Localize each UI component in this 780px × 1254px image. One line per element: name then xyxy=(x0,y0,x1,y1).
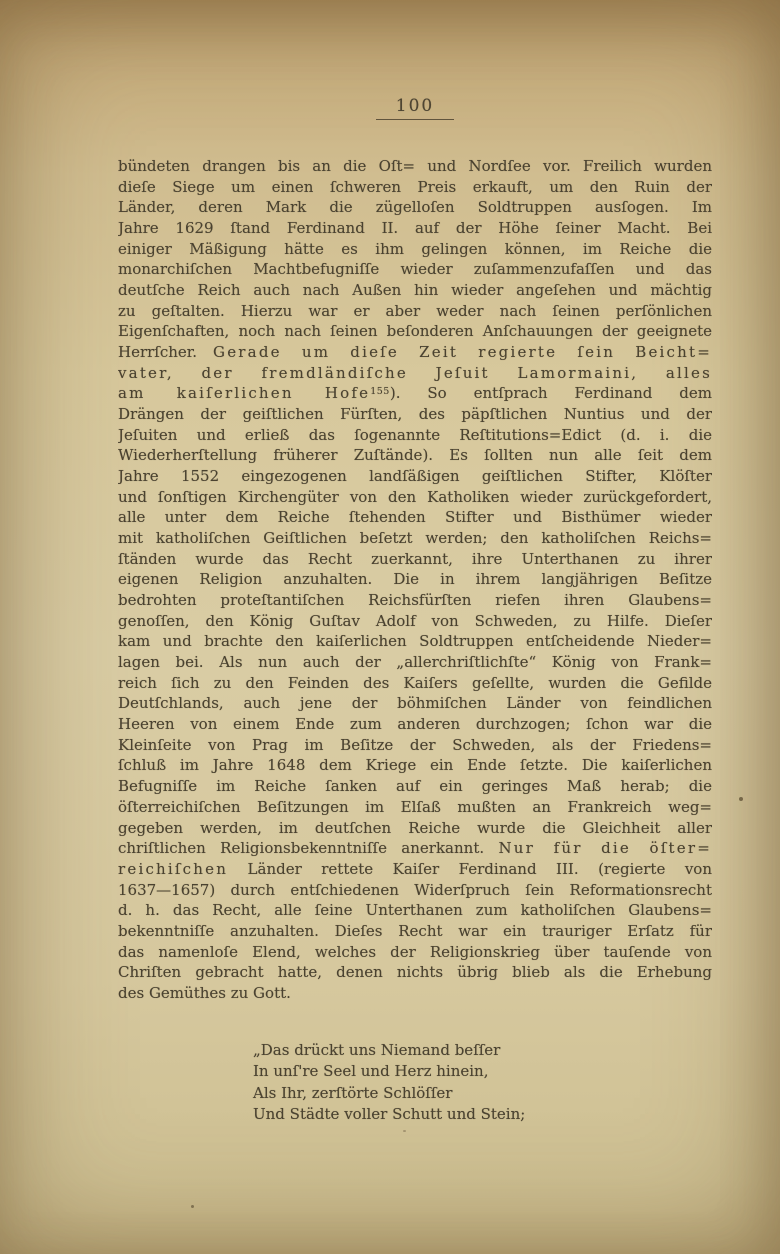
text-segment: Nur für die öſter= xyxy=(498,839,712,857)
text-line: deutſche Reich auch nach Außen hin wiede… xyxy=(118,280,712,301)
text-line: bündeten drangen bis an die Oſt= und Nor… xyxy=(118,156,712,177)
text-segment: genoſſen, den König Guſtav Adolf von Sch… xyxy=(118,612,712,630)
text-segment: bündeten drangen bis an die Oſt= und Nor… xyxy=(118,157,712,175)
text-segment: Eigenſchaften, noch nach ſeinen beſonder… xyxy=(118,322,712,340)
text-line: kam und brachte den kaiſerlichen Soldtru… xyxy=(118,631,712,652)
text-line: öſterreichiſchen Beſitzungen im Elſaß mu… xyxy=(118,797,712,818)
scan-speck xyxy=(739,797,743,801)
text-segment: Deutſchlands, auch jene der böhmiſchen L… xyxy=(118,694,712,712)
text-segment: des Gemüthes zu Gott. xyxy=(118,984,291,1002)
text-segment: Jahre 1629 ſtand Ferdinand II. auf der H… xyxy=(118,219,712,237)
text-segment: mit katholiſchen Geiſtlichen beſetzt wer… xyxy=(118,529,712,547)
page-number: 100 xyxy=(118,96,712,116)
poem-quote: „Das drückt uns Niemand beſſerIn unſ're … xyxy=(253,1040,525,1125)
text-segment: Herrſcher. xyxy=(118,343,213,361)
text-segment: Befugniſſe im Reiche ſanken auf ein geri… xyxy=(118,777,712,795)
text-segment: am kaiſerlichen Hofe xyxy=(118,384,370,402)
text-segment: deutſche Reich auch nach Außen hin wiede… xyxy=(118,281,712,299)
text-line: Länder, deren Mark die zügelloſen Soldtr… xyxy=(118,197,712,218)
text-segment: ſchluß im Jahre 1648 dem Kriege ein Ende… xyxy=(118,756,712,774)
text-segment: 1637—1657) durch entſchiedenen Widerſpru… xyxy=(118,881,712,899)
text-line: Jahre 1552 eingezogenen landſäßigen geiſ… xyxy=(118,466,712,487)
text-line: Herrſcher. Gerade um dieſe Zeit regierte… xyxy=(118,342,712,363)
poem-line: In unſ're Seel und Herz hinein, xyxy=(253,1061,525,1082)
text-line: einiger Mäßigung hätte es ihm gelingen k… xyxy=(118,239,712,260)
text-segment: Länder rettete Kaiſer Ferdinand III. (re… xyxy=(228,860,712,878)
text-line: Drängen der geiſtlichen Fürſten, des päp… xyxy=(118,404,712,425)
text-segment: Wiederherſtellung früherer Zuſtände). Es… xyxy=(118,446,712,464)
page-number-rule xyxy=(376,119,454,120)
text-line: Eigenſchaften, noch nach ſeinen beſonder… xyxy=(118,321,712,342)
text-line: Deutſchlands, auch jene der böhmiſchen L… xyxy=(118,693,712,714)
text-line: lagen bei. Als nun auch der „allerchriſt… xyxy=(118,652,712,673)
text-line: genoſſen, den König Guſtav Adolf von Sch… xyxy=(118,611,712,632)
text-line: das namenloſe Elend, welches der Religio… xyxy=(118,942,712,963)
text-segment: reichiſchen xyxy=(118,860,228,878)
text-line: vater, der fremdländiſche Jeſuit Lamorma… xyxy=(118,363,712,384)
text-segment: bedrohten proteſtantiſchen Reichsfürſten… xyxy=(118,591,712,609)
text-line: bekenntniſſe anzuhalten. Dieſes Recht wa… xyxy=(118,921,712,942)
text-segment: und ſonſtigen Kirchengüter von den Katho… xyxy=(118,488,712,506)
text-segment: bekenntniſſe anzuhalten. Dieſes Recht wa… xyxy=(118,922,712,940)
text-segment: lagen bei. Als nun auch der „allerchriſt… xyxy=(118,653,712,671)
text-segment: ). So entſprach Ferdinand dem xyxy=(390,384,712,402)
text-line: Jeſuiten und erließ das ſogenannte Reſti… xyxy=(118,425,712,446)
text-line: Heeren von einem Ende zum anderen durchz… xyxy=(118,714,712,735)
text-line: gegeben werden, im deutſchen Reiche wurd… xyxy=(118,818,712,839)
text-line: Jahre 1629 ſtand Ferdinand II. auf der H… xyxy=(118,218,712,239)
text-segment: monarchiſchen Machtbefugniſſe wieder zuſ… xyxy=(118,260,712,278)
footnote-ref: 155 xyxy=(370,386,390,397)
book-page-scan: 100 bündeten drangen bis an die Oſt= und… xyxy=(0,0,780,1254)
text-segment: Kleinſeite von Prag im Beſitze der Schwe… xyxy=(118,736,712,754)
text-segment: reich ſich zu den Feinden des Kaiſers ge… xyxy=(118,674,712,692)
text-line: zu geſtalten. Hierzu war er aber weder n… xyxy=(118,301,712,322)
text-line: monarchiſchen Machtbefugniſſe wieder zuſ… xyxy=(118,259,712,280)
text-line: 1637—1657) durch entſchiedenen Widerſpru… xyxy=(118,880,712,901)
poem-line: Als Ihr, zerſtörte Schlöſſer xyxy=(253,1083,525,1104)
text-line: chriſtlichen Religionsbekenntniſſe anerk… xyxy=(118,838,712,859)
text-segment: Drängen der geiſtlichen Fürſten, des päp… xyxy=(118,405,712,423)
text-segment: Jahre 1552 eingezogenen landſäßigen geiſ… xyxy=(118,467,712,485)
text-segment: zu geſtalten. Hierzu war er aber weder n… xyxy=(118,302,712,320)
text-segment: Gerade um dieſe Zeit regierte ſein Beich… xyxy=(213,343,712,361)
text-segment: Länder, deren Mark die zügelloſen Soldtr… xyxy=(118,198,712,216)
body-text: bündeten drangen bis an die Oſt= und Nor… xyxy=(118,156,712,1004)
text-line: und ſonſtigen Kirchengüter von den Katho… xyxy=(118,487,712,508)
text-line: ſchluß im Jahre 1648 dem Kriege ein Ende… xyxy=(118,755,712,776)
text-line: eigenen Religion anzuhalten. Die in ihre… xyxy=(118,569,712,590)
scan-speck xyxy=(191,1205,194,1208)
text-segment: Heeren von einem Ende zum anderen durchz… xyxy=(118,715,712,733)
text-segment: kam und brachte den kaiſerlichen Soldtru… xyxy=(118,632,712,650)
text-segment: vater, der fremdländiſche Jeſuit Lamorma… xyxy=(118,364,712,382)
text-line: alle unter dem Reiche ſtehenden Stifter … xyxy=(118,507,712,528)
text-segment: dieſe Siege um einen ſchweren Preis erka… xyxy=(118,178,712,196)
text-line: des Gemüthes zu Gott. xyxy=(118,983,712,1004)
text-segment: chriſtlichen Religionsbekenntniſſe anerk… xyxy=(118,839,498,857)
text-line: Wiederherſtellung früherer Zuſtände). Es… xyxy=(118,445,712,466)
text-line: ſtänden wurde das Recht zuerkannt, ihre … xyxy=(118,549,712,570)
text-segment: eigenen Religion anzuhalten. Die in ihre… xyxy=(118,570,712,588)
text-line: d. h. das Recht, alle ſeine Unterthanen … xyxy=(118,900,712,921)
text-segment: Jeſuiten und erließ das ſogenannte Reſti… xyxy=(118,426,712,444)
text-segment: d. h. das Recht, alle ſeine Unterthanen … xyxy=(118,901,712,919)
poem-line: Und Städte voller Schutt und Stein; xyxy=(253,1104,525,1125)
page-header: 100 xyxy=(118,96,712,120)
text-line: dieſe Siege um einen ſchweren Preis erka… xyxy=(118,177,712,198)
text-line: reich ſich zu den Feinden des Kaiſers ge… xyxy=(118,673,712,694)
text-line: Kleinſeite von Prag im Beſitze der Schwe… xyxy=(118,735,712,756)
text-segment: ſtänden wurde das Recht zuerkannt, ihre … xyxy=(118,550,712,568)
scan-speck xyxy=(403,1130,406,1132)
text-segment: einiger Mäßigung hätte es ihm gelingen k… xyxy=(118,240,712,258)
text-line: mit katholiſchen Geiſtlichen beſetzt wer… xyxy=(118,528,712,549)
text-line: bedrohten proteſtantiſchen Reichsfürſten… xyxy=(118,590,712,611)
text-line: Chriſten gebracht hatte, denen nichts üb… xyxy=(118,962,712,983)
text-line: Befugniſſe im Reiche ſanken auf ein geri… xyxy=(118,776,712,797)
poem-line: „Das drückt uns Niemand beſſer xyxy=(253,1040,525,1061)
text-line: am kaiſerlichen Hofe155). So entſprach F… xyxy=(118,383,712,404)
text-segment: das namenloſe Elend, welches der Religio… xyxy=(118,943,712,961)
text-segment: öſterreichiſchen Beſitzungen im Elſaß mu… xyxy=(118,798,712,816)
text-segment: Chriſten gebracht hatte, denen nichts üb… xyxy=(118,963,712,981)
text-segment: gegeben werden, im deutſchen Reiche wurd… xyxy=(118,819,712,837)
text-line: reichiſchen Länder rettete Kaiſer Ferdin… xyxy=(118,859,712,880)
text-segment: alle unter dem Reiche ſtehenden Stifter … xyxy=(118,508,712,526)
